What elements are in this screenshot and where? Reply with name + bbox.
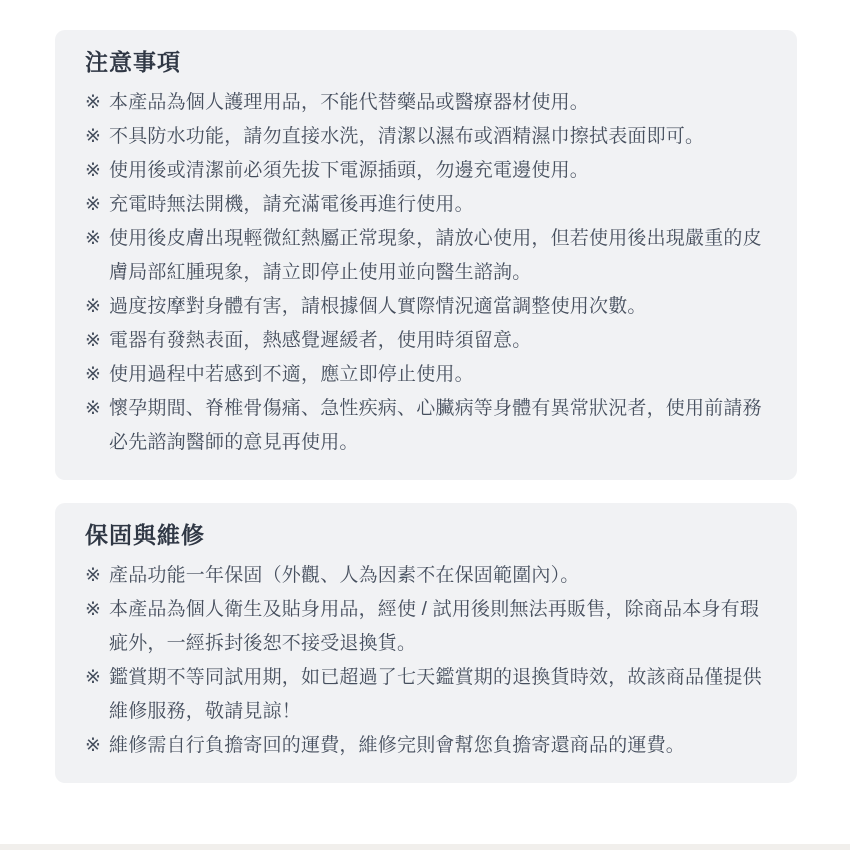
bullet-marker: ※ xyxy=(85,86,109,120)
notice-text: 使用後或清潔前必須先拔下電源插頭，勿邊充電邊使用。 xyxy=(109,154,767,188)
bullet-marker: ※ xyxy=(85,559,109,593)
bullet-marker: ※ xyxy=(85,392,109,426)
product-description-page: 注意事項 ※ 本產品為個人護理用品，不能代替藥品或醫療器材使用。 ※ 不具防水功… xyxy=(0,0,850,850)
warranty-card: 保固與維修 ※ 產品功能一年保固（外觀、人為因素不在保固範圍內）。 ※ 本產品為… xyxy=(55,503,797,783)
notice-item: ※ 充電時無法開機，請充滿電後再進行使用。 xyxy=(85,188,767,222)
bullet-marker: ※ xyxy=(85,661,109,695)
bullet-marker: ※ xyxy=(85,290,109,324)
next-section-top-edge xyxy=(0,844,850,850)
notice-item: ※ 使用後皮膚出現輕微紅熱屬正常現象，請放心使用，但若使用後出現嚴重的皮 膚局部… xyxy=(85,222,767,290)
notice-text: 不具防水功能，請勿直接水洗，清潔以濕布或酒精濕巾擦拭表面即可。 xyxy=(109,120,767,154)
warranty-list: ※ 產品功能一年保固（外觀、人為因素不在保固範圍內）。 ※ 本產品為個人衛生及貼… xyxy=(85,559,767,763)
notice-text: 本產品為個人護理用品，不能代替藥品或醫療器材使用。 xyxy=(109,86,767,120)
bullet-marker: ※ xyxy=(85,593,109,627)
notice-item: ※ 產品功能一年保固（外觀、人為因素不在保固範圍內）。 xyxy=(85,559,767,593)
precautions-card: 注意事項 ※ 本產品為個人護理用品，不能代替藥品或醫療器材使用。 ※ 不具防水功… xyxy=(55,30,797,480)
bullet-marker: ※ xyxy=(85,188,109,222)
notice-item: ※ 本產品為個人護理用品，不能代替藥品或醫療器材使用。 xyxy=(85,86,767,120)
notice-text: 維修需自行負擔寄回的運費，維修完則會幫您負擔寄還商品的運費。 xyxy=(109,729,767,763)
notice-item: ※ 過度按摩對身體有害，請根據個人實際情況適當調整使用次數。 xyxy=(85,290,767,324)
notice-text: 充電時無法開機，請充滿電後再進行使用。 xyxy=(109,188,767,222)
bullet-marker: ※ xyxy=(85,324,109,358)
notice-item: ※ 使用過程中若感到不適，應立即停止使用。 xyxy=(85,358,767,392)
precautions-title: 注意事項 xyxy=(85,48,767,76)
notice-text: 本產品為個人衛生及貼身用品，經使 / 試用後則無法再販售，除商品本身有瑕 疵外，… xyxy=(109,593,767,661)
bullet-marker: ※ xyxy=(85,154,109,188)
notice-item: ※ 維修需自行負擔寄回的運費，維修完則會幫您負擔寄還商品的運費。 xyxy=(85,729,767,763)
notice-text: 過度按摩對身體有害，請根據個人實際情況適當調整使用次數。 xyxy=(109,290,767,324)
notice-text: 電器有發熱表面，熱感覺遲緩者，使用時須留意。 xyxy=(109,324,767,358)
bullet-marker: ※ xyxy=(85,729,109,763)
notice-item: ※ 不具防水功能，請勿直接水洗，清潔以濕布或酒精濕巾擦拭表面即可。 xyxy=(85,120,767,154)
notice-text: 使用後皮膚出現輕微紅熱屬正常現象，請放心使用，但若使用後出現嚴重的皮 膚局部紅腫… xyxy=(109,222,767,290)
notice-item: ※ 本產品為個人衛生及貼身用品，經使 / 試用後則無法再販售，除商品本身有瑕 疵… xyxy=(85,593,767,661)
bullet-marker: ※ xyxy=(85,358,109,392)
notice-text: 使用過程中若感到不適，應立即停止使用。 xyxy=(109,358,767,392)
notice-text: 鑑賞期不等同試用期，如已超過了七天鑑賞期的退換貨時效，故該商品僅提供 維修服務，… xyxy=(109,661,767,729)
notice-item: ※ 使用後或清潔前必須先拔下電源插頭，勿邊充電邊使用。 xyxy=(85,154,767,188)
notice-text: 產品功能一年保固（外觀、人為因素不在保固範圍內）。 xyxy=(109,559,767,593)
warranty-title: 保固與維修 xyxy=(85,521,767,549)
notice-item: ※ 鑑賞期不等同試用期，如已超過了七天鑑賞期的退換貨時效，故該商品僅提供 維修服… xyxy=(85,661,767,729)
notice-text: 懷孕期間、脊椎骨傷痛、急性疾病、心臟病等身體有異常狀況者，使用前請務 必先諮詢醫… xyxy=(109,392,767,460)
bullet-marker: ※ xyxy=(85,120,109,154)
notice-item: ※ 電器有發熱表面，熱感覺遲緩者，使用時須留意。 xyxy=(85,324,767,358)
notice-item: ※ 懷孕期間、脊椎骨傷痛、急性疾病、心臟病等身體有異常狀況者，使用前請務 必先諮… xyxy=(85,392,767,460)
bullet-marker: ※ xyxy=(85,222,109,256)
precautions-list: ※ 本產品為個人護理用品，不能代替藥品或醫療器材使用。 ※ 不具防水功能，請勿直… xyxy=(85,86,767,460)
